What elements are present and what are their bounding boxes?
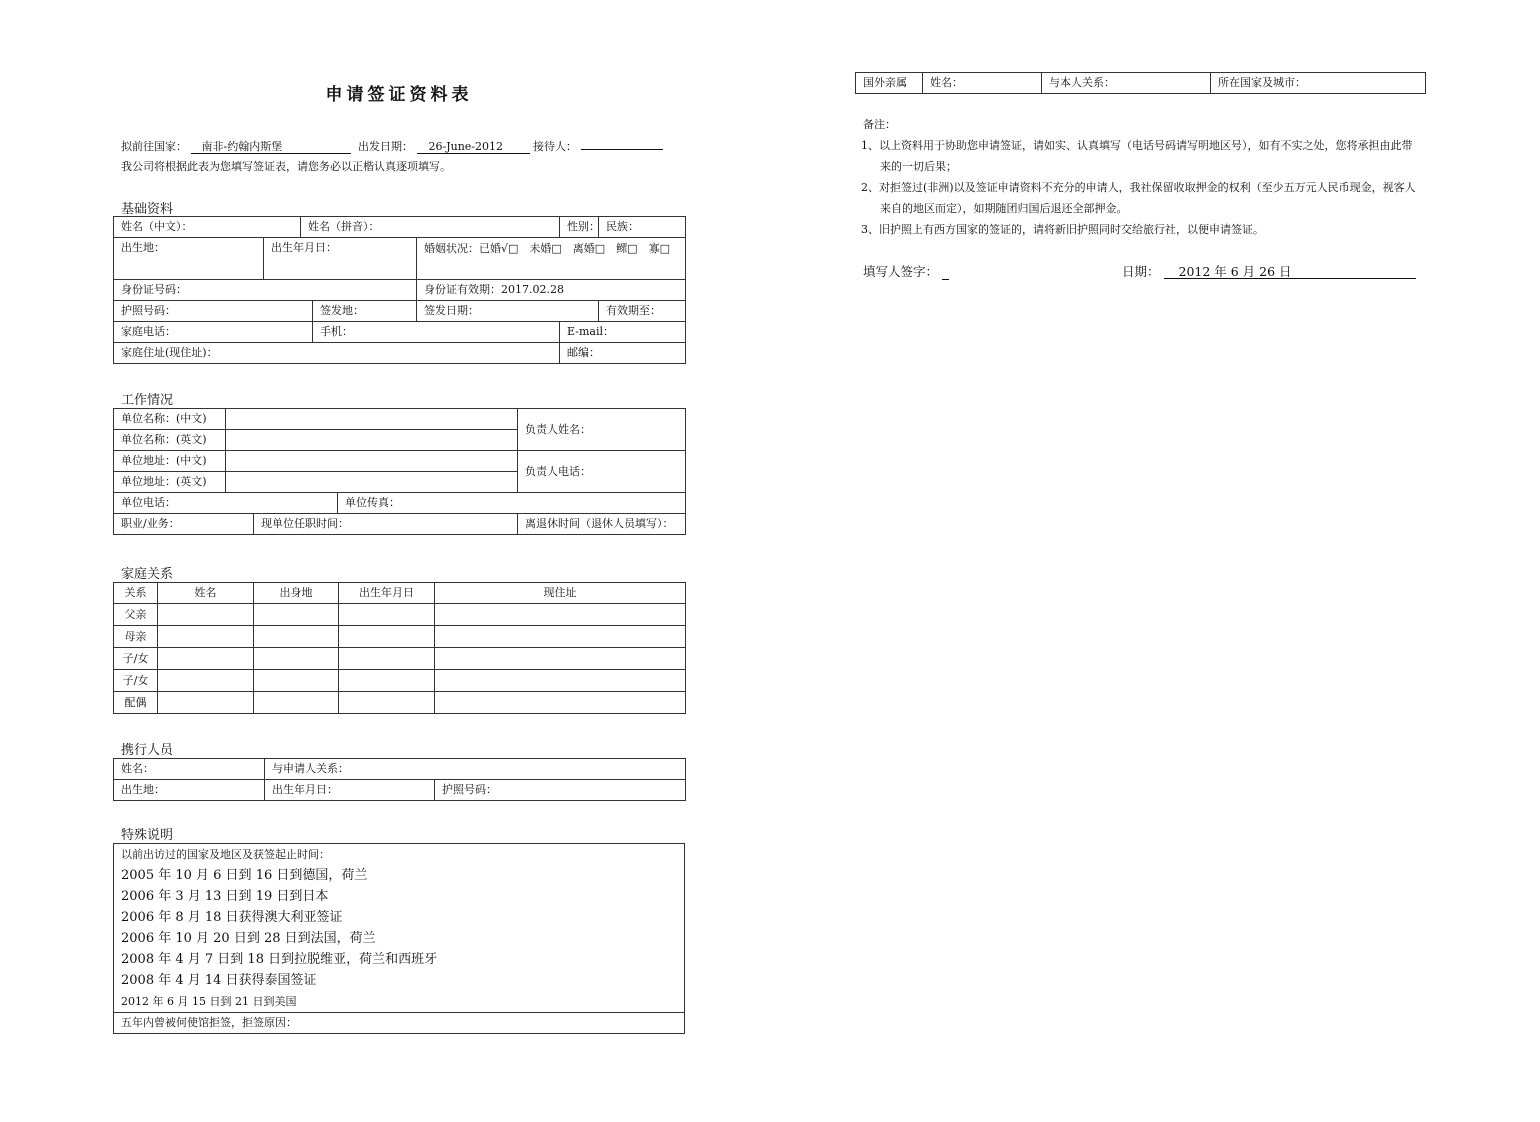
email-field[interactable]: E-mail：	[560, 322, 686, 343]
work-info-table: 单位名称：(中文) 负责人姓名： 单位名称：(英文) 单位地址：(中文) 负责人…	[113, 408, 686, 535]
visits-cell[interactable]: 以前出访过的国家及地区及获签起止时间： 2005 年 10 月 6 日到 16 …	[114, 844, 685, 1013]
companion-birthdate-field[interactable]: 出生年月日：	[265, 780, 435, 801]
basic-info-table: 姓名（中文）： 姓名（拼音）： 性别： 民族： 出生地： 出生年月日： 婚姻状况…	[113, 216, 686, 364]
marital-status-field[interactable]: 婚姻状况：已婚√□ 未婚□ 离婚□ 鳏□ 寡□	[417, 238, 686, 280]
visit-entry: 2005 年 10 月 6 日到 16 日到德国，荷兰	[121, 865, 684, 886]
overseas-relation-field[interactable]: 与本人关系：	[1042, 73, 1211, 94]
company-addr-en-input[interactable]	[226, 472, 518, 493]
section-basic: 基础资料	[121, 198, 173, 217]
origin-input[interactable]	[254, 604, 339, 626]
date-field[interactable]: 2012 年 6 月 26 日	[1164, 265, 1416, 279]
companion-passport-field[interactable]: 护照号码：	[435, 780, 686, 801]
trip-info-line: 拟前往国家： 南非-约翰内斯堡 出发日期： 26-June-2012 接待人：	[121, 137, 663, 154]
receiver-label: 接待人：	[533, 140, 577, 153]
address-input[interactable]	[435, 604, 686, 626]
section-work: 工作情况	[121, 389, 173, 408]
col-name: 姓名	[158, 583, 254, 604]
note-item: 2、对拒签过(非洲)以及签证申请资料不充分的申请人，我社保留收取押金的权利（至少…	[861, 177, 1418, 219]
family-row: 子/女	[114, 648, 686, 670]
visit-entry: 2006 年 8 月 18 日获得澳大利亚签证	[121, 907, 684, 928]
company-name-cn-input[interactable]	[226, 409, 518, 430]
origin-input[interactable]	[254, 670, 339, 692]
visits-label: 以前出访过的国家及地区及获签起止时间：	[121, 844, 684, 865]
departure-label: 出发日期：	[358, 140, 413, 153]
retire-field[interactable]: 离退休时间（退休人员填写）：	[518, 514, 686, 535]
special-table: 以前出访过的国家及地区及获签起止时间： 2005 年 10 月 6 日到 16 …	[113, 843, 685, 1034]
signature-field[interactable]	[942, 266, 949, 280]
name-input[interactable]	[158, 670, 254, 692]
home-address-field[interactable]: 家庭住址(现住址)：	[114, 343, 560, 364]
manager-name-field[interactable]: 负责人姓名：	[518, 409, 686, 451]
date-row: 日期： 2012 年 6 月 26 日	[1122, 262, 1416, 280]
family-row: 配偶	[114, 692, 686, 714]
family-row: 子/女	[114, 670, 686, 692]
family-table: 关系 姓名 出身地 出生年月日 现住址 父亲 母亲 子/女 子/女 配偶	[113, 582, 686, 714]
name-input[interactable]	[158, 626, 254, 648]
visit-entry: 2008 年 4 月 7 日到 18 日到拉脱维亚，荷兰和西班牙	[121, 949, 684, 970]
notes-heading: 备注：	[863, 114, 1418, 135]
company-name-cn-label: 单位名称：(中文)	[114, 409, 226, 430]
birthdate-input[interactable]	[339, 670, 435, 692]
signature-row: 填写人签字：	[863, 262, 949, 280]
companion-relation-field[interactable]: 与申请人关系：	[265, 759, 686, 780]
birthdate-input[interactable]	[339, 692, 435, 714]
section-family: 家庭关系	[121, 563, 173, 582]
company-fax-field[interactable]: 单位传真：	[338, 493, 686, 514]
overseas-name-field[interactable]: 姓名：	[923, 73, 1042, 94]
birthdate-input[interactable]	[339, 626, 435, 648]
name-cn-field[interactable]: 姓名（中文）：	[114, 217, 301, 238]
instruction-text: 我公司将根据此表为您填写签证表，请您务必以正楷认真逐项填写。	[121, 158, 451, 174]
origin-input[interactable]	[254, 648, 339, 670]
signature-label: 填写人签字：	[863, 264, 938, 279]
postcode-field[interactable]: 邮编：	[560, 343, 686, 364]
origin-input[interactable]	[254, 692, 339, 714]
visit-entry: 2008 年 4 月 14 日获得泰国签证	[121, 970, 684, 991]
note-item: 1、以上资料用于协助您申请签证，请如实、认真填写（电话号码请写明地区号），如有不…	[861, 135, 1418, 177]
valid-until-field[interactable]: 有效期至：	[599, 301, 686, 322]
col-birthdate: 出生年月日	[339, 583, 435, 604]
date-label: 日期：	[1122, 264, 1160, 279]
companion-name-field[interactable]: 姓名：	[114, 759, 265, 780]
address-input[interactable]	[435, 692, 686, 714]
destination-label: 拟前往国家：	[121, 140, 187, 153]
visit-entry: 2006 年 10 月 20 日到 28 日到法国，荷兰	[121, 928, 684, 949]
tenure-field[interactable]: 现单位任职时间：	[254, 514, 518, 535]
visit-entry: 2006 年 3 月 13 日到 19 日到日本	[121, 886, 684, 907]
mobile-field[interactable]: 手机：	[313, 322, 560, 343]
receiver-field[interactable]	[581, 137, 663, 150]
note-item: 3、旧护照上有西方国家的签证的，请将新旧护照同时交给旅行社，以便申请签证。	[861, 219, 1418, 240]
home-phone-field[interactable]: 家庭电话：	[114, 322, 313, 343]
family-row: 父亲	[114, 604, 686, 626]
id-valid-field[interactable]: 身份证有效期：2017.02.28	[417, 280, 686, 301]
section-companion: 携行人员	[121, 739, 173, 758]
refusal-field[interactable]: 五年内曾被何使馆拒签，拒签原因：	[114, 1013, 685, 1034]
col-address: 现住址	[435, 583, 686, 604]
departure-field[interactable]: 26-June-2012	[417, 140, 530, 154]
gender-field[interactable]: 性别：	[560, 217, 599, 238]
destination-field[interactable]: 南非-约翰内斯堡	[191, 140, 351, 154]
occupation-field[interactable]: 职业/业务：	[114, 514, 254, 535]
id-number-field[interactable]: 身份证号码：	[114, 280, 417, 301]
birthplace-field[interactable]: 出生地：	[114, 238, 264, 280]
companion-table: 姓名： 与申请人关系： 出生地： 出生年月日： 护照号码：	[113, 758, 686, 801]
address-input[interactable]	[435, 670, 686, 692]
company-addr-cn-input[interactable]	[226, 451, 518, 472]
companion-birthplace-field[interactable]: 出生地：	[114, 780, 265, 801]
ethnicity-field[interactable]: 民族：	[599, 217, 686, 238]
birthdate-input[interactable]	[339, 604, 435, 626]
manager-phone-field[interactable]: 负责人电话：	[518, 451, 686, 493]
company-name-en-input[interactable]	[226, 430, 518, 451]
company-phone-field[interactable]: 单位电话：	[114, 493, 338, 514]
family-row: 母亲	[114, 626, 686, 648]
issue-date-field[interactable]: 签发日期：	[417, 301, 599, 322]
passport-number-field[interactable]: 护照号码：	[114, 301, 313, 322]
family-header-row: 关系 姓名 出身地 出生年月日 现住址	[114, 583, 686, 604]
address-input[interactable]	[435, 648, 686, 670]
origin-input[interactable]	[254, 626, 339, 648]
name-input[interactable]	[158, 692, 254, 714]
name-pinyin-field[interactable]: 姓名（拼音）：	[301, 217, 560, 238]
company-name-en-label: 单位名称：(英文)	[114, 430, 226, 451]
page-title: 申请签证资料表	[113, 80, 685, 105]
relation-label: 配偶	[114, 692, 158, 714]
name-input[interactable]	[158, 648, 254, 670]
col-origin: 出身地	[254, 583, 339, 604]
overseas-location-field[interactable]: 所在国家及城市：	[1211, 73, 1426, 94]
overseas-label: 国外亲属	[856, 73, 923, 94]
overseas-relatives-table: 国外亲属 姓名： 与本人关系： 所在国家及城市：	[855, 72, 1426, 94]
section-special: 特殊说明	[121, 824, 173, 843]
address-input[interactable]	[435, 626, 686, 648]
relation-label: 父亲	[114, 604, 158, 626]
relation-label: 母亲	[114, 626, 158, 648]
issue-place-field[interactable]: 签发地：	[313, 301, 417, 322]
col-relation: 关系	[114, 583, 158, 604]
name-input[interactable]	[158, 604, 254, 626]
visit-entry: 2012 年 6 月 15 日到 21 日到美国	[121, 991, 684, 1012]
birthdate-input[interactable]	[339, 648, 435, 670]
birthdate-field[interactable]: 出生年月日：	[264, 238, 417, 280]
relation-label: 子/女	[114, 670, 158, 692]
company-addr-en-label: 单位地址：(英文)	[114, 472, 226, 493]
company-addr-cn-label: 单位地址：(中文)	[114, 451, 226, 472]
relation-label: 子/女	[114, 648, 158, 670]
notes-section: 备注： 1、以上资料用于协助您申请签证，请如实、认真填写（电话号码请写明地区号）…	[863, 114, 1418, 240]
